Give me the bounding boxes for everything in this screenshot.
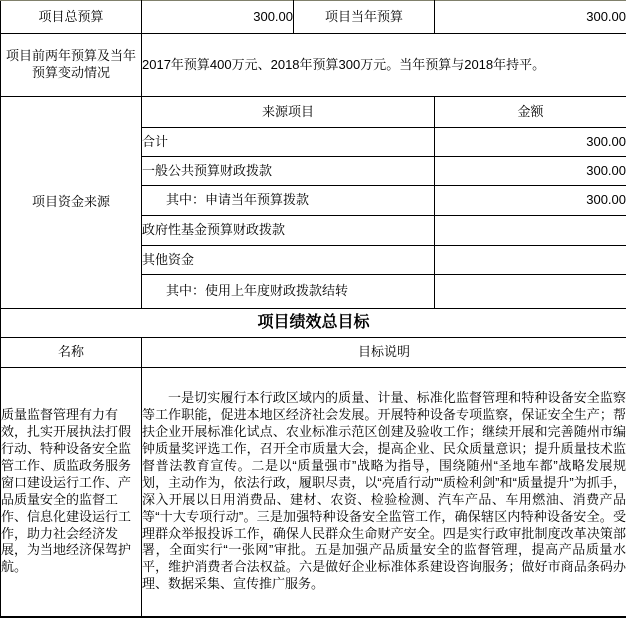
performance-desc-header: 目标说明 <box>142 338 626 368</box>
funding-amount <box>435 275 626 309</box>
current-budget-value: 300.00 <box>435 1 626 34</box>
funding-amount: 300.00 <box>435 157 626 186</box>
funding-item: 其中：使用上年度财政拨款结转 <box>142 275 435 309</box>
performance-name-text: 质量监督管理有力有效，扎实开展执法打假行动、特种设备安全监管工作、质监政务服务窗… <box>1 368 142 617</box>
budget-table: 项目总预算 300.00 项目当年预算 300.00 项目前两年预算及当年预算变… <box>0 0 626 618</box>
total-budget-value: 300.00 <box>142 1 294 34</box>
summary-row: 项目总预算 300.00 项目当年预算 300.00 <box>1 1 626 34</box>
funding-amount: 300.00 <box>435 128 626 157</box>
performance-section-title: 项目绩效总目标 <box>1 309 626 338</box>
performance-title-row: 项目绩效总目标 <box>1 309 626 338</box>
current-budget-label: 项目当年预算 <box>294 1 435 34</box>
funding-amount: 300.00 <box>435 186 626 216</box>
history-value: 2017年预算400万元、2018年预算300万元。当年预算与2018年持平。 <box>142 34 626 97</box>
funding-item: 其他资金 <box>142 246 435 275</box>
performance-name-header: 名称 <box>1 338 142 368</box>
funding-amount <box>435 246 626 275</box>
funding-source-label: 项目资金来源 <box>1 97 142 309</box>
funding-amount <box>435 216 626 246</box>
funding-header-row: 项目资金来源 来源项目 金额 <box>1 97 626 128</box>
funding-header-item: 来源项目 <box>142 97 435 128</box>
budget-document: 项目总预算 300.00 项目当年预算 300.00 项目前两年预算及当年预算变… <box>0 0 626 616</box>
history-row: 项目前两年预算及当年预算变动情况 2017年预算400万元、2018年预算300… <box>1 34 626 97</box>
history-label: 项目前两年预算及当年预算变动情况 <box>1 34 142 97</box>
total-budget-label: 项目总预算 <box>1 1 142 34</box>
performance-desc-text: 一是切实履行本行政区域内的质量、计量、标准化监督管理和特种设备安全监察等工作职能… <box>142 368 626 617</box>
funding-item: 一般公共预算财政拨款 <box>142 157 435 186</box>
funding-item: 合计 <box>142 128 435 157</box>
performance-content-row: 质量监督管理有力有效，扎实开展执法打假行动、特种设备安全监管工作、质监政务服务窗… <box>1 368 626 617</box>
performance-header-row: 名称 目标说明 <box>1 338 626 368</box>
funding-item: 政府性基金预算财政拨款 <box>142 216 435 246</box>
funding-item: 其中：申请当年预算拨款 <box>142 186 435 216</box>
funding-header-amount: 金额 <box>435 97 626 128</box>
